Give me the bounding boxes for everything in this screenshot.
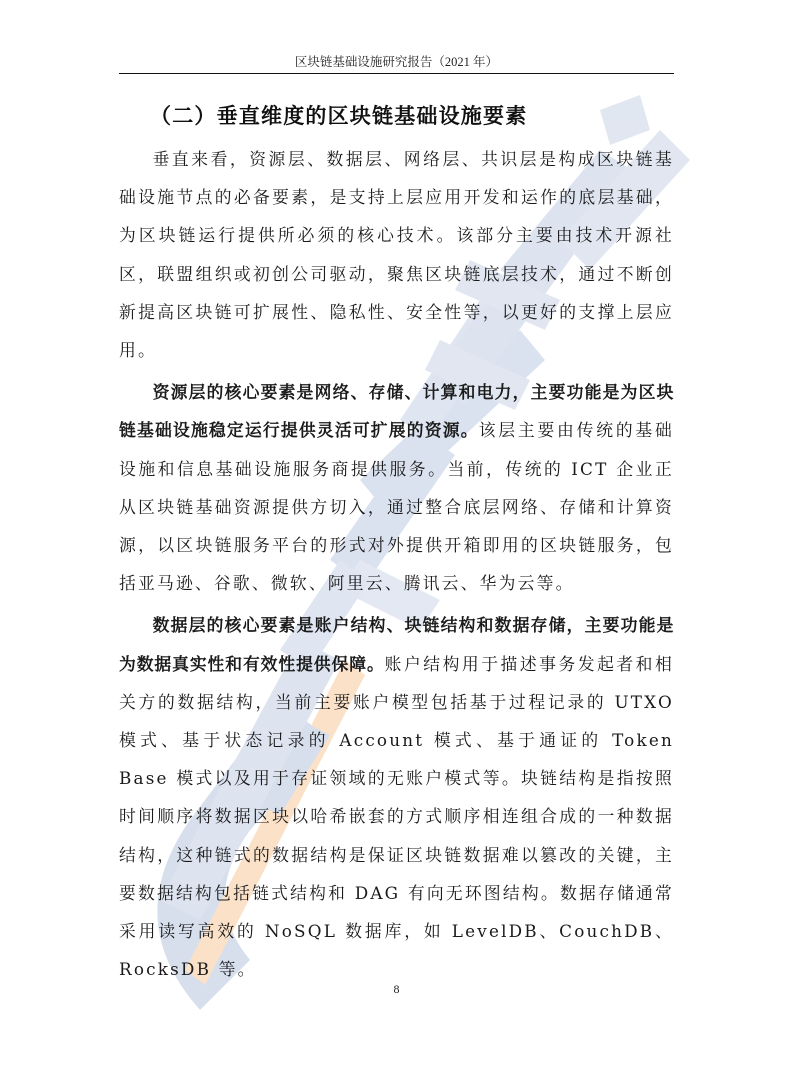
- paragraph-text: 该层主要由传统的基础设施和信息基础设施服务商提供服务。当前，传统的 ICT 企业…: [119, 420, 674, 593]
- document-page: 区块链基础设施研究报告（2021 年） （二）垂直维度的区块链基础设施要素 垂直…: [0, 0, 793, 1077]
- paragraph-vertical-overview: 垂直来看，资源层、数据层、网络层、共识层是构成区块链基础设施节点的必备要素，是支…: [119, 140, 674, 369]
- page-number: 8: [0, 982, 793, 997]
- header-divider: [119, 73, 674, 74]
- body-text: 垂直来看，资源层、数据层、网络层、共识层是构成区块链基础设施节点的必备要素，是支…: [119, 140, 674, 992]
- paragraph-data-layer: 数据层的核心要素是账户结构、块链结构和数据存储，主要功能是为数据真实性和有效性提…: [119, 606, 674, 988]
- running-header: 区块链基础设施研究报告（2021 年）: [119, 52, 674, 70]
- paragraph-text: 垂直来看，资源层、数据层、网络层、共识层是构成区块链基础设施节点的必备要素，是支…: [119, 149, 674, 360]
- paragraph-resource-layer: 资源层的核心要素是网络、存储、计算和电力，主要功能是为区块链基础设施稳定运行提供…: [119, 373, 674, 602]
- paragraph-text: 账户结构用于描述事务发起者和相关方的数据结构，当前主要账户模型包括基于过程记录的…: [119, 654, 674, 980]
- section-heading: （二）垂直维度的区块链基础设施要素: [150, 100, 527, 130]
